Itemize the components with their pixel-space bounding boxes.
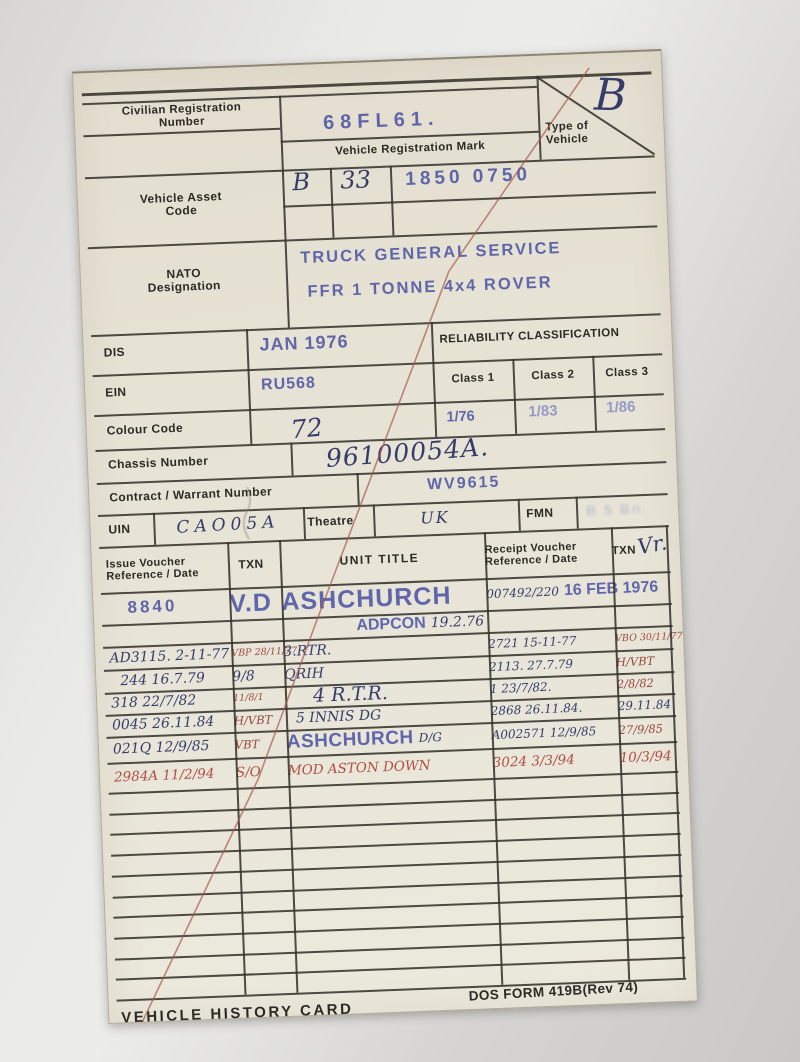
- class3-value: 1/86: [606, 399, 636, 417]
- cell-entry: 007492/220: [486, 584, 559, 601]
- dis-value: JAN 1976: [259, 331, 349, 355]
- cell-entry: 27/9/85: [618, 721, 663, 737]
- asset-code-1: B: [292, 169, 311, 197]
- form-line: [153, 513, 156, 545]
- cell-entry: VBO 30/11/77: [615, 631, 683, 644]
- table-cell: 10/3/94: [613, 748, 674, 766]
- cell-entry: 318 22/7/82: [111, 692, 197, 711]
- table-cell: [608, 614, 668, 616]
- cell-entry: AD3115. 2-11-77: [109, 646, 229, 667]
- form-line: [536, 76, 541, 160]
- form-line: [116, 957, 686, 980]
- vehicle-registration-mark-label: Vehicle Registration Mark: [284, 138, 536, 161]
- table-cell: MOD ASTON DOWN: [282, 755, 487, 779]
- cell-entry: 5 INNIS DG: [296, 707, 382, 726]
- theatre-label: Theatre: [307, 514, 354, 529]
- theatre-value: UK: [420, 509, 450, 528]
- colour-code-label: Colour Code: [106, 422, 183, 438]
- colour-code-value: 72: [290, 414, 324, 445]
- class2-label: Class 2: [515, 368, 591, 384]
- cell-entry: 29.11.84: [617, 697, 671, 713]
- form-line: [290, 443, 293, 476]
- form-line: [109, 792, 679, 815]
- cell-entry: 9/8: [232, 668, 255, 685]
- cell-entry: V.D: [229, 588, 272, 619]
- cell-entry: 244 16.7.79: [120, 670, 205, 689]
- form-line: [283, 191, 656, 207]
- asset-code-2: 33: [340, 166, 372, 194]
- form-line: [82, 86, 537, 105]
- form-line: [279, 96, 283, 170]
- form-line: [518, 499, 521, 531]
- form-lines: [81, 51, 653, 73]
- cell-entry: H/VBT: [616, 653, 655, 668]
- form-grid: Civilian Registration Number 68FL61. Veh…: [81, 51, 689, 1022]
- cell-entry: D/G: [418, 730, 442, 745]
- uin-label: UIN: [108, 523, 130, 537]
- table-cell: 2721 15-11-77: [482, 632, 609, 651]
- col-header-unit-title: UNIT TITLE: [274, 550, 479, 571]
- form-line: [576, 497, 579, 529]
- cell-entry: 021Q 12/9/85: [113, 738, 210, 758]
- cell-entry: MOD ASTON DOWN: [288, 757, 431, 778]
- type-of-vehicle-value: B: [593, 71, 627, 121]
- class2-value: 1/83: [528, 403, 558, 421]
- form-line: [113, 895, 683, 918]
- table-cell: 1 23/7/82.: [484, 677, 611, 696]
- form-line: [246, 329, 252, 444]
- cell-entry: VBT: [235, 737, 260, 752]
- table-cell: AD3115. 2-11-77: [103, 646, 226, 667]
- table-cell: VBO 30/11/77: [609, 632, 669, 644]
- class1-label: Class 1: [435, 371, 511, 387]
- cell-entry: 16 FEB 1976: [564, 579, 659, 601]
- table-cell: 244 16.7.79: [104, 669, 227, 690]
- table-cell: 318 22/7/82: [105, 691, 228, 712]
- card-title: VEHICLE HISTORY CARD: [121, 1002, 354, 1028]
- form-line: [113, 875, 683, 898]
- table-cell: [103, 631, 225, 636]
- reliability-label: RELIABILITY CLASSIFICATION: [439, 327, 619, 347]
- nato-line1: TRUCK GENERAL SERVICE: [300, 239, 562, 267]
- table-cell: 021Q 12/9/85: [107, 737, 230, 758]
- fmn-faint-stamp: B 5 Bn: [586, 501, 643, 519]
- form-line: [373, 504, 376, 536]
- uin-value: CAO05A: [176, 513, 280, 538]
- col-header-issue-voucher: Issue Voucher Reference / Date: [100, 554, 223, 583]
- vehicle-asset-code-label: Vehicle Asset Code: [96, 188, 267, 221]
- form-line: [303, 507, 306, 539]
- cell-entry: ASHCHURCH: [286, 727, 414, 754]
- form-line: [94, 393, 664, 416]
- form-line: [111, 833, 681, 856]
- cell-entry: 10/3/94: [619, 748, 672, 766]
- cell-entry: 2984A 11/2/94: [114, 766, 215, 786]
- class3-label: Class 3: [593, 365, 661, 380]
- table-cell: A002571 12/9/85: [485, 723, 612, 742]
- table-cell: 0045 26.11.84: [106, 713, 229, 734]
- cell-entry: ADPCON: [356, 615, 426, 636]
- asset-code-3: 1850 0750: [405, 164, 532, 190]
- nato-designation-label: NATO Designation: [109, 265, 260, 298]
- form-line: [114, 916, 684, 939]
- cell-entry: 2721 15-11-77: [488, 633, 577, 650]
- table-cell: [225, 629, 277, 631]
- cell-entry: 3.RTR.: [283, 642, 332, 660]
- table-body: 8840V.DASHCHURCH007492/22016 FEB 1976ADP…: [81, 51, 653, 73]
- table-cell: 27/9/85: [612, 721, 672, 737]
- cell-entry: 8840: [127, 596, 178, 618]
- vehicle-history-card: Civilian Registration Number 68FL61. Veh…: [72, 49, 698, 1024]
- col-header-receipt-voucher: Receipt Voucher Reference / Date: [478, 539, 606, 568]
- civilian-registration-label: Civilian Registration Number: [96, 100, 267, 132]
- form-line: [115, 937, 685, 960]
- form-line: [110, 812, 680, 835]
- table-cell: [481, 616, 608, 621]
- nato-line2: FFR 1 TONNE 4x4 ROVER: [307, 273, 553, 301]
- cell-entry: 2868 26.11.84.: [491, 701, 583, 719]
- table-cell: 007492/22016 FEB 1976: [480, 581, 608, 604]
- table-cell: 2/8/82: [611, 675, 671, 691]
- table-cell: 29.11.84: [611, 697, 671, 713]
- cell-entry: 2/8/82: [617, 676, 655, 691]
- contract-warrant-label: Contract / Warrant Number: [109, 485, 272, 505]
- table-cell: 2868 26.11.84.: [485, 699, 612, 718]
- ein-value: RU568: [261, 375, 316, 395]
- cell-entry: 11/8/1: [233, 693, 264, 704]
- contract-warrant-value: WV9615: [427, 474, 501, 495]
- chassis-number-label: Chassis Number: [108, 455, 209, 472]
- cell-entry: 0045 26.11.84: [112, 714, 215, 734]
- cell-entry: 19.2.76: [430, 613, 484, 631]
- table-cell: 3024 3/3/94: [486, 750, 614, 771]
- cell-entry: H/VBT: [234, 712, 273, 727]
- ein-label-text: EIN: [105, 386, 127, 400]
- photo-backdrop: { "colors":{"card_paper":"#e6e2d4","form…: [0, 0, 800, 1062]
- cell-entry: 2113. 27.7.79: [489, 656, 573, 673]
- table-cell: 8840: [101, 594, 224, 619]
- form-line: [357, 473, 360, 505]
- cell-entry: QRIH: [284, 665, 324, 683]
- table-cell: H/VBT: [610, 653, 670, 669]
- vehicle-registration-mark-value: 68FL61.: [323, 108, 440, 135]
- cell-entry: A002571 12/9/85: [491, 724, 596, 742]
- class1-value: 1/76: [446, 408, 475, 425]
- fmn-label: FMN: [526, 507, 554, 521]
- cell-entry: 3024 3/3/94: [492, 752, 575, 771]
- cell-entry: S/O: [236, 764, 261, 781]
- table-cell: 2113. 27.7.79: [483, 655, 610, 674]
- form-line: [112, 854, 682, 877]
- table-cell: 2984A 11/2/94: [108, 765, 231, 786]
- form-line: [285, 240, 290, 328]
- cell-entry: 1 23/7/82.: [490, 680, 552, 696]
- type-of-vehicle-label: Type of Vehicle: [545, 120, 589, 147]
- dis-label: DIS: [104, 346, 126, 360]
